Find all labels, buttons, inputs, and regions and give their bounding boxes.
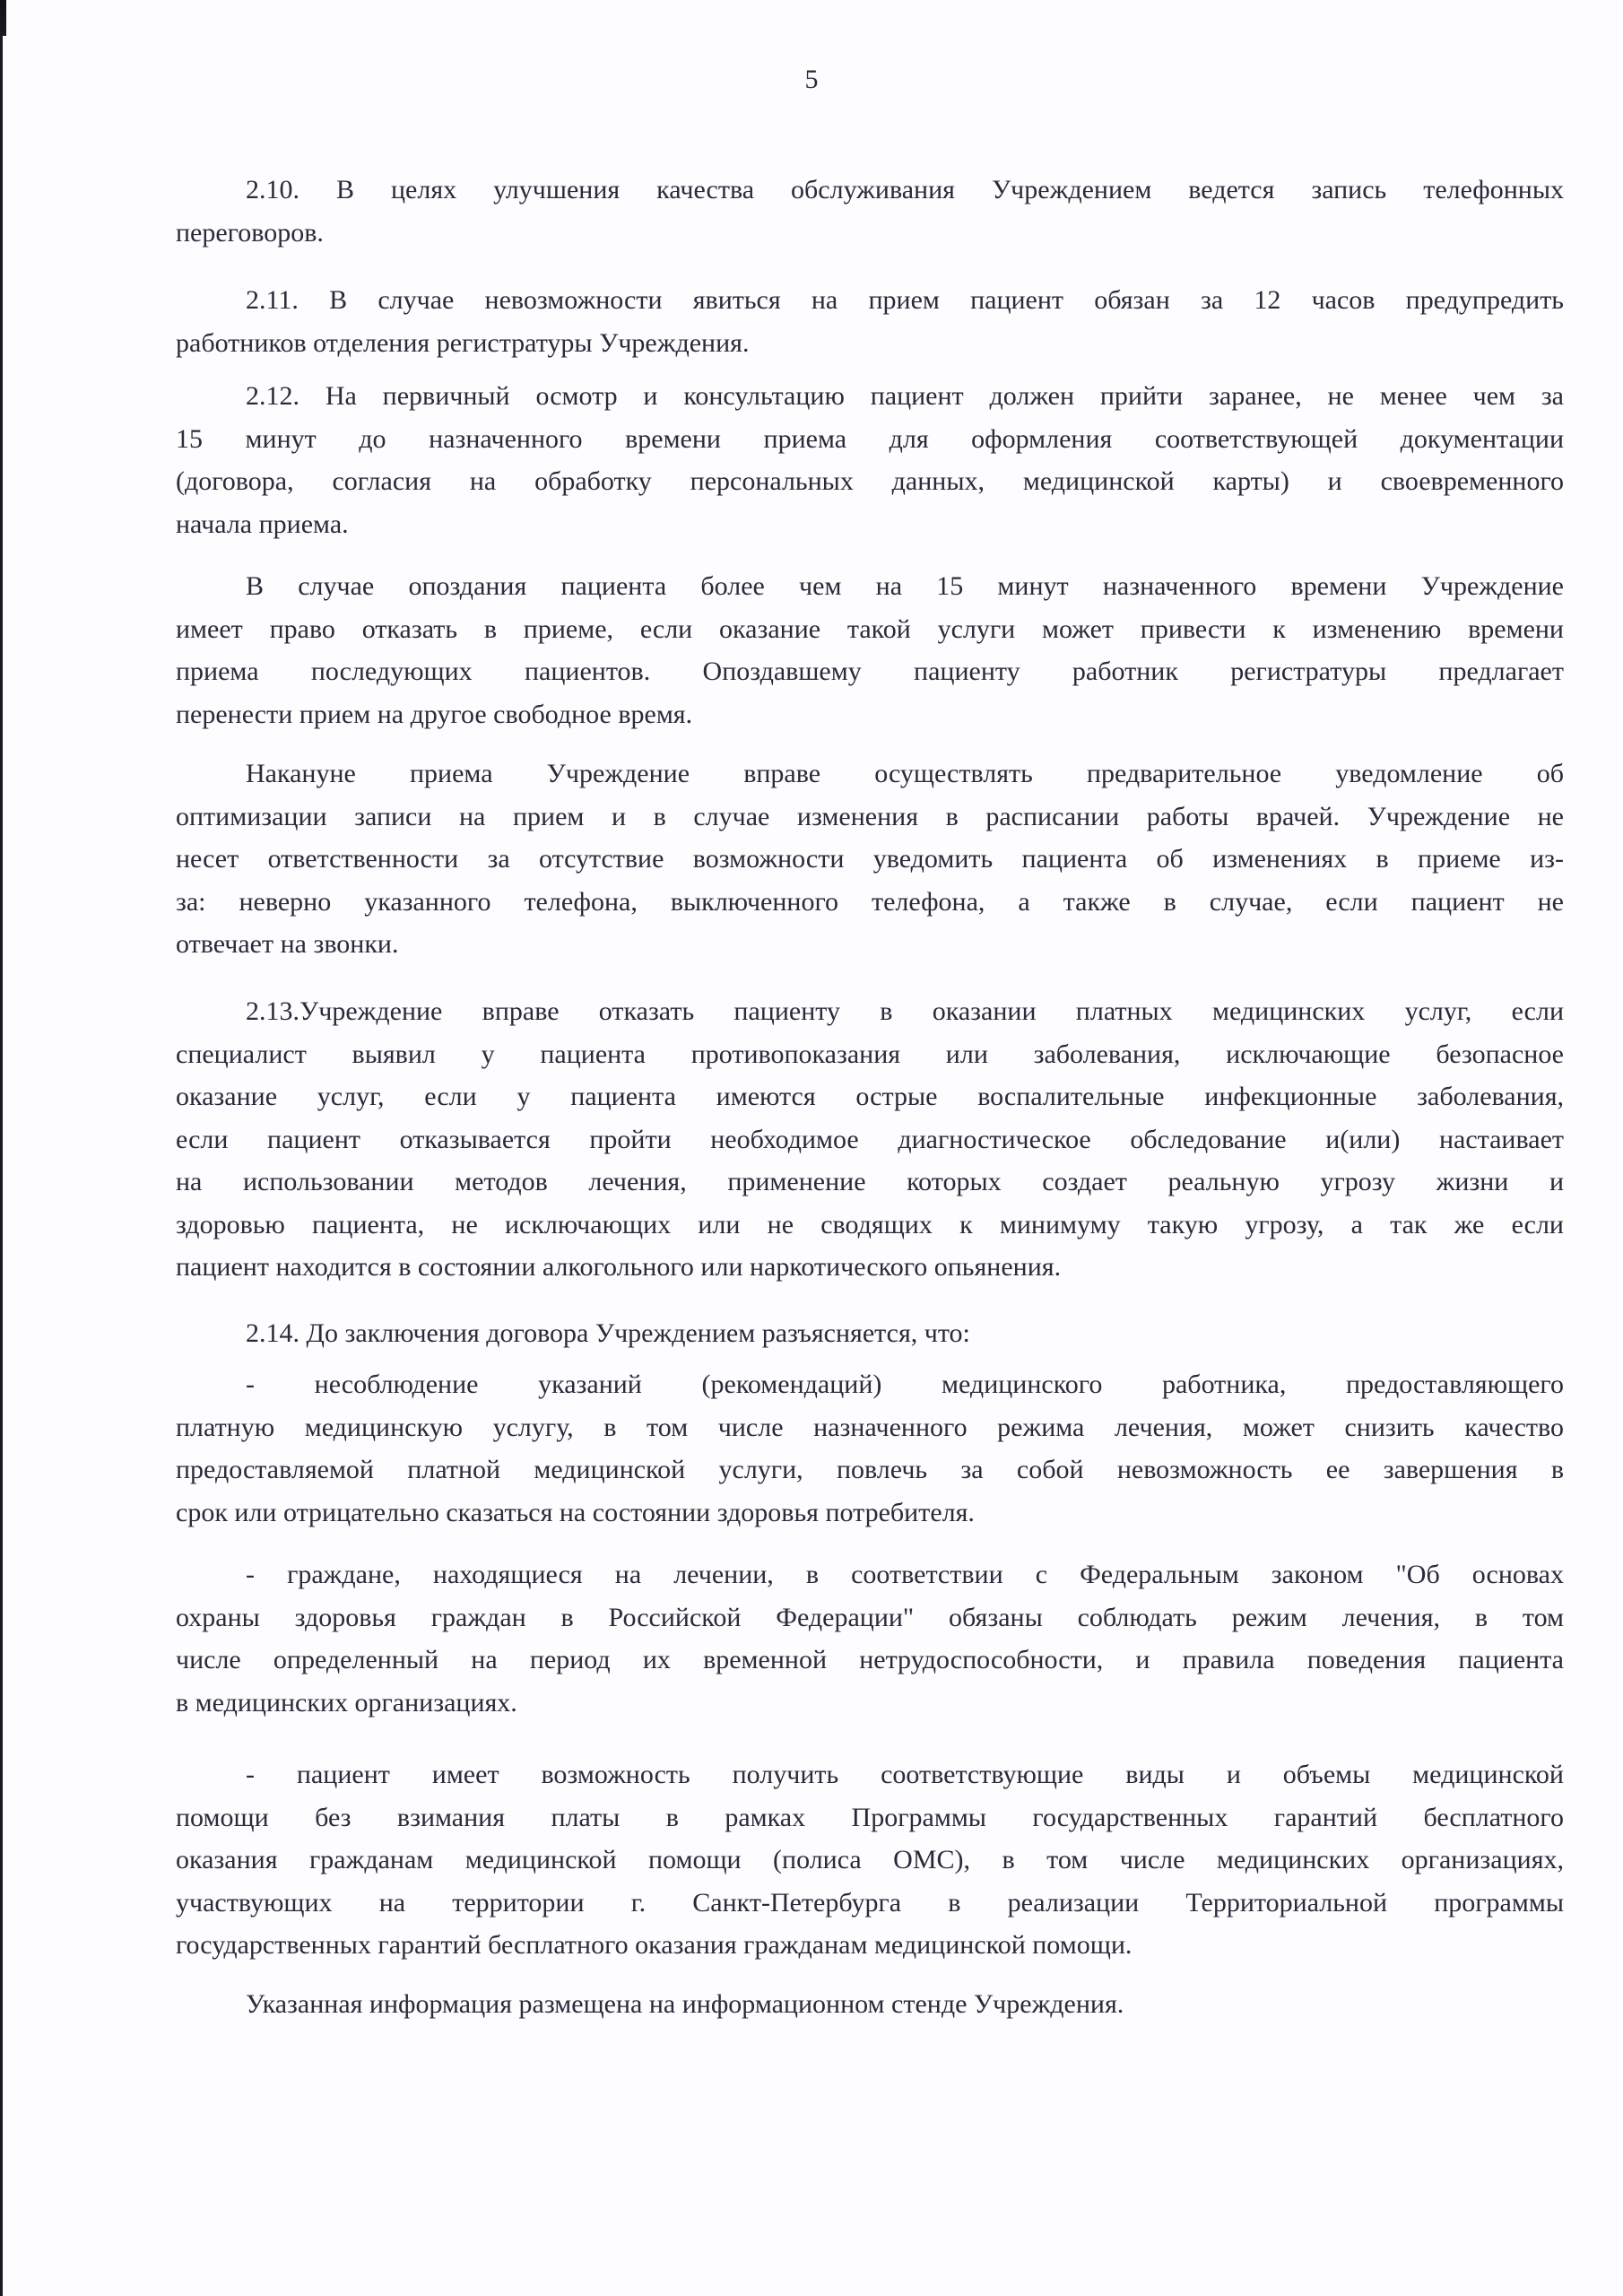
text-line: если пациент отказывается пройти необход… [176, 1118, 1564, 1161]
paragraph-2-14: 2.14. До заключения договора Учреждением… [176, 1312, 1564, 1355]
text-line: охраны здоровья граждан в Российской Фед… [176, 1596, 1564, 1639]
text-line: предоставляемой платной медицинской услу… [176, 1448, 1564, 1492]
scan-border [0, 0, 3, 2296]
paragraph-2-13: 2.13.Учреждение вправе отказать пациенту… [176, 990, 1564, 1289]
text-line: 15 минут до назначенного времени приема … [176, 418, 1564, 461]
text-line: работников отделения регистратуры Учрежд… [176, 322, 1564, 365]
text-line: отвечает на звонки. [176, 923, 1564, 966]
text-line: переговоров. [176, 212, 1564, 255]
paragraph-2-10: 2.10. В целях улучшения качества обслужи… [176, 169, 1564, 254]
text-line: Накануне приема Учреждение вправе осущес… [176, 752, 1564, 796]
paragraph-2-12: 2.12. На первичный осмотр и консультацию… [176, 375, 1564, 545]
text-line: пациент находится в состоянии алкогольно… [176, 1246, 1564, 1289]
text-line: в медицинских организациях. [176, 1682, 1564, 1725]
text-line: государственных гарантий бесплатного ока… [176, 1924, 1564, 1967]
text-line: на использовании методов лечения, примен… [176, 1161, 1564, 1204]
text-line: 2.10. В целях улучшения качества обслужи… [176, 169, 1564, 212]
paragraph-closing: Указанная информация размещена на информ… [176, 1983, 1564, 2026]
text-line: участвующих на территории г. Санкт-Петер… [176, 1882, 1564, 1925]
text-line: здоровью пациента, не исключающих или не… [176, 1204, 1564, 1247]
text-line: помощи без взимания платы в рамках Прогр… [176, 1796, 1564, 1839]
text-line: специалист выявил у пациента противопока… [176, 1033, 1564, 1076]
text-line: имеет право отказать в приеме, если оказ… [176, 608, 1564, 651]
text-line: несет ответственности за отсутствие возм… [176, 838, 1564, 881]
text-line: (договора, согласия на обработку персона… [176, 460, 1564, 503]
scan-border-top [0, 0, 6, 36]
text-line: 2.13.Учреждение вправе отказать пациенту… [176, 990, 1564, 1033]
page-number: 5 [0, 65, 1623, 95]
text-line: 2.11. В случае невозможности явиться на … [176, 279, 1564, 322]
text-line: 2.14. До заключения договора Учреждением… [176, 1312, 1564, 1355]
text-line: В случае опоздания пациента более чем на… [176, 565, 1564, 608]
text-line: срок или отрицательно сказаться на состо… [176, 1492, 1564, 1535]
text-line: оптимизации записи на прием и в случае и… [176, 796, 1564, 839]
text-line: числе определенный на период их временно… [176, 1639, 1564, 1682]
text-line: Указанная информация размещена на информ… [176, 1983, 1564, 2026]
text-line: оказание услуг, если у пациента имеются … [176, 1075, 1564, 1118]
text-line: начала приема. [176, 503, 1564, 546]
text-line: 2.12. На первичный осмотр и консультацию… [176, 375, 1564, 418]
text-line: платную медицинскую услугу, в том числе … [176, 1406, 1564, 1449]
text-line: оказания гражданам медицинской помощи (п… [176, 1839, 1564, 1882]
paragraph-notify: Накануне приема Учреждение вправе осущес… [176, 752, 1564, 966]
text-line: - граждане, находящиеся на лечении, в со… [176, 1553, 1564, 1596]
paragraph-late: В случае опоздания пациента более чем на… [176, 565, 1564, 735]
text-line: перенести прием на другое свободное врем… [176, 693, 1564, 736]
text-line: приема последующих пациентов. Опоздавшем… [176, 650, 1564, 693]
paragraph-item-1: - несоблюдение указаний (рекомендаций) м… [176, 1363, 1564, 1534]
text-line: - несоблюдение указаний (рекомендаций) м… [176, 1363, 1564, 1406]
paragraph-item-2: - граждане, находящиеся на лечении, в со… [176, 1553, 1564, 1724]
text-line: - пациент имеет возможность получить соо… [176, 1753, 1564, 1796]
paragraph-2-11: 2.11. В случае невозможности явиться на … [176, 279, 1564, 364]
paragraph-item-3: - пациент имеет возможность получить соо… [176, 1753, 1564, 1967]
text-line: за: неверно указанного телефона, выключе… [176, 881, 1564, 924]
